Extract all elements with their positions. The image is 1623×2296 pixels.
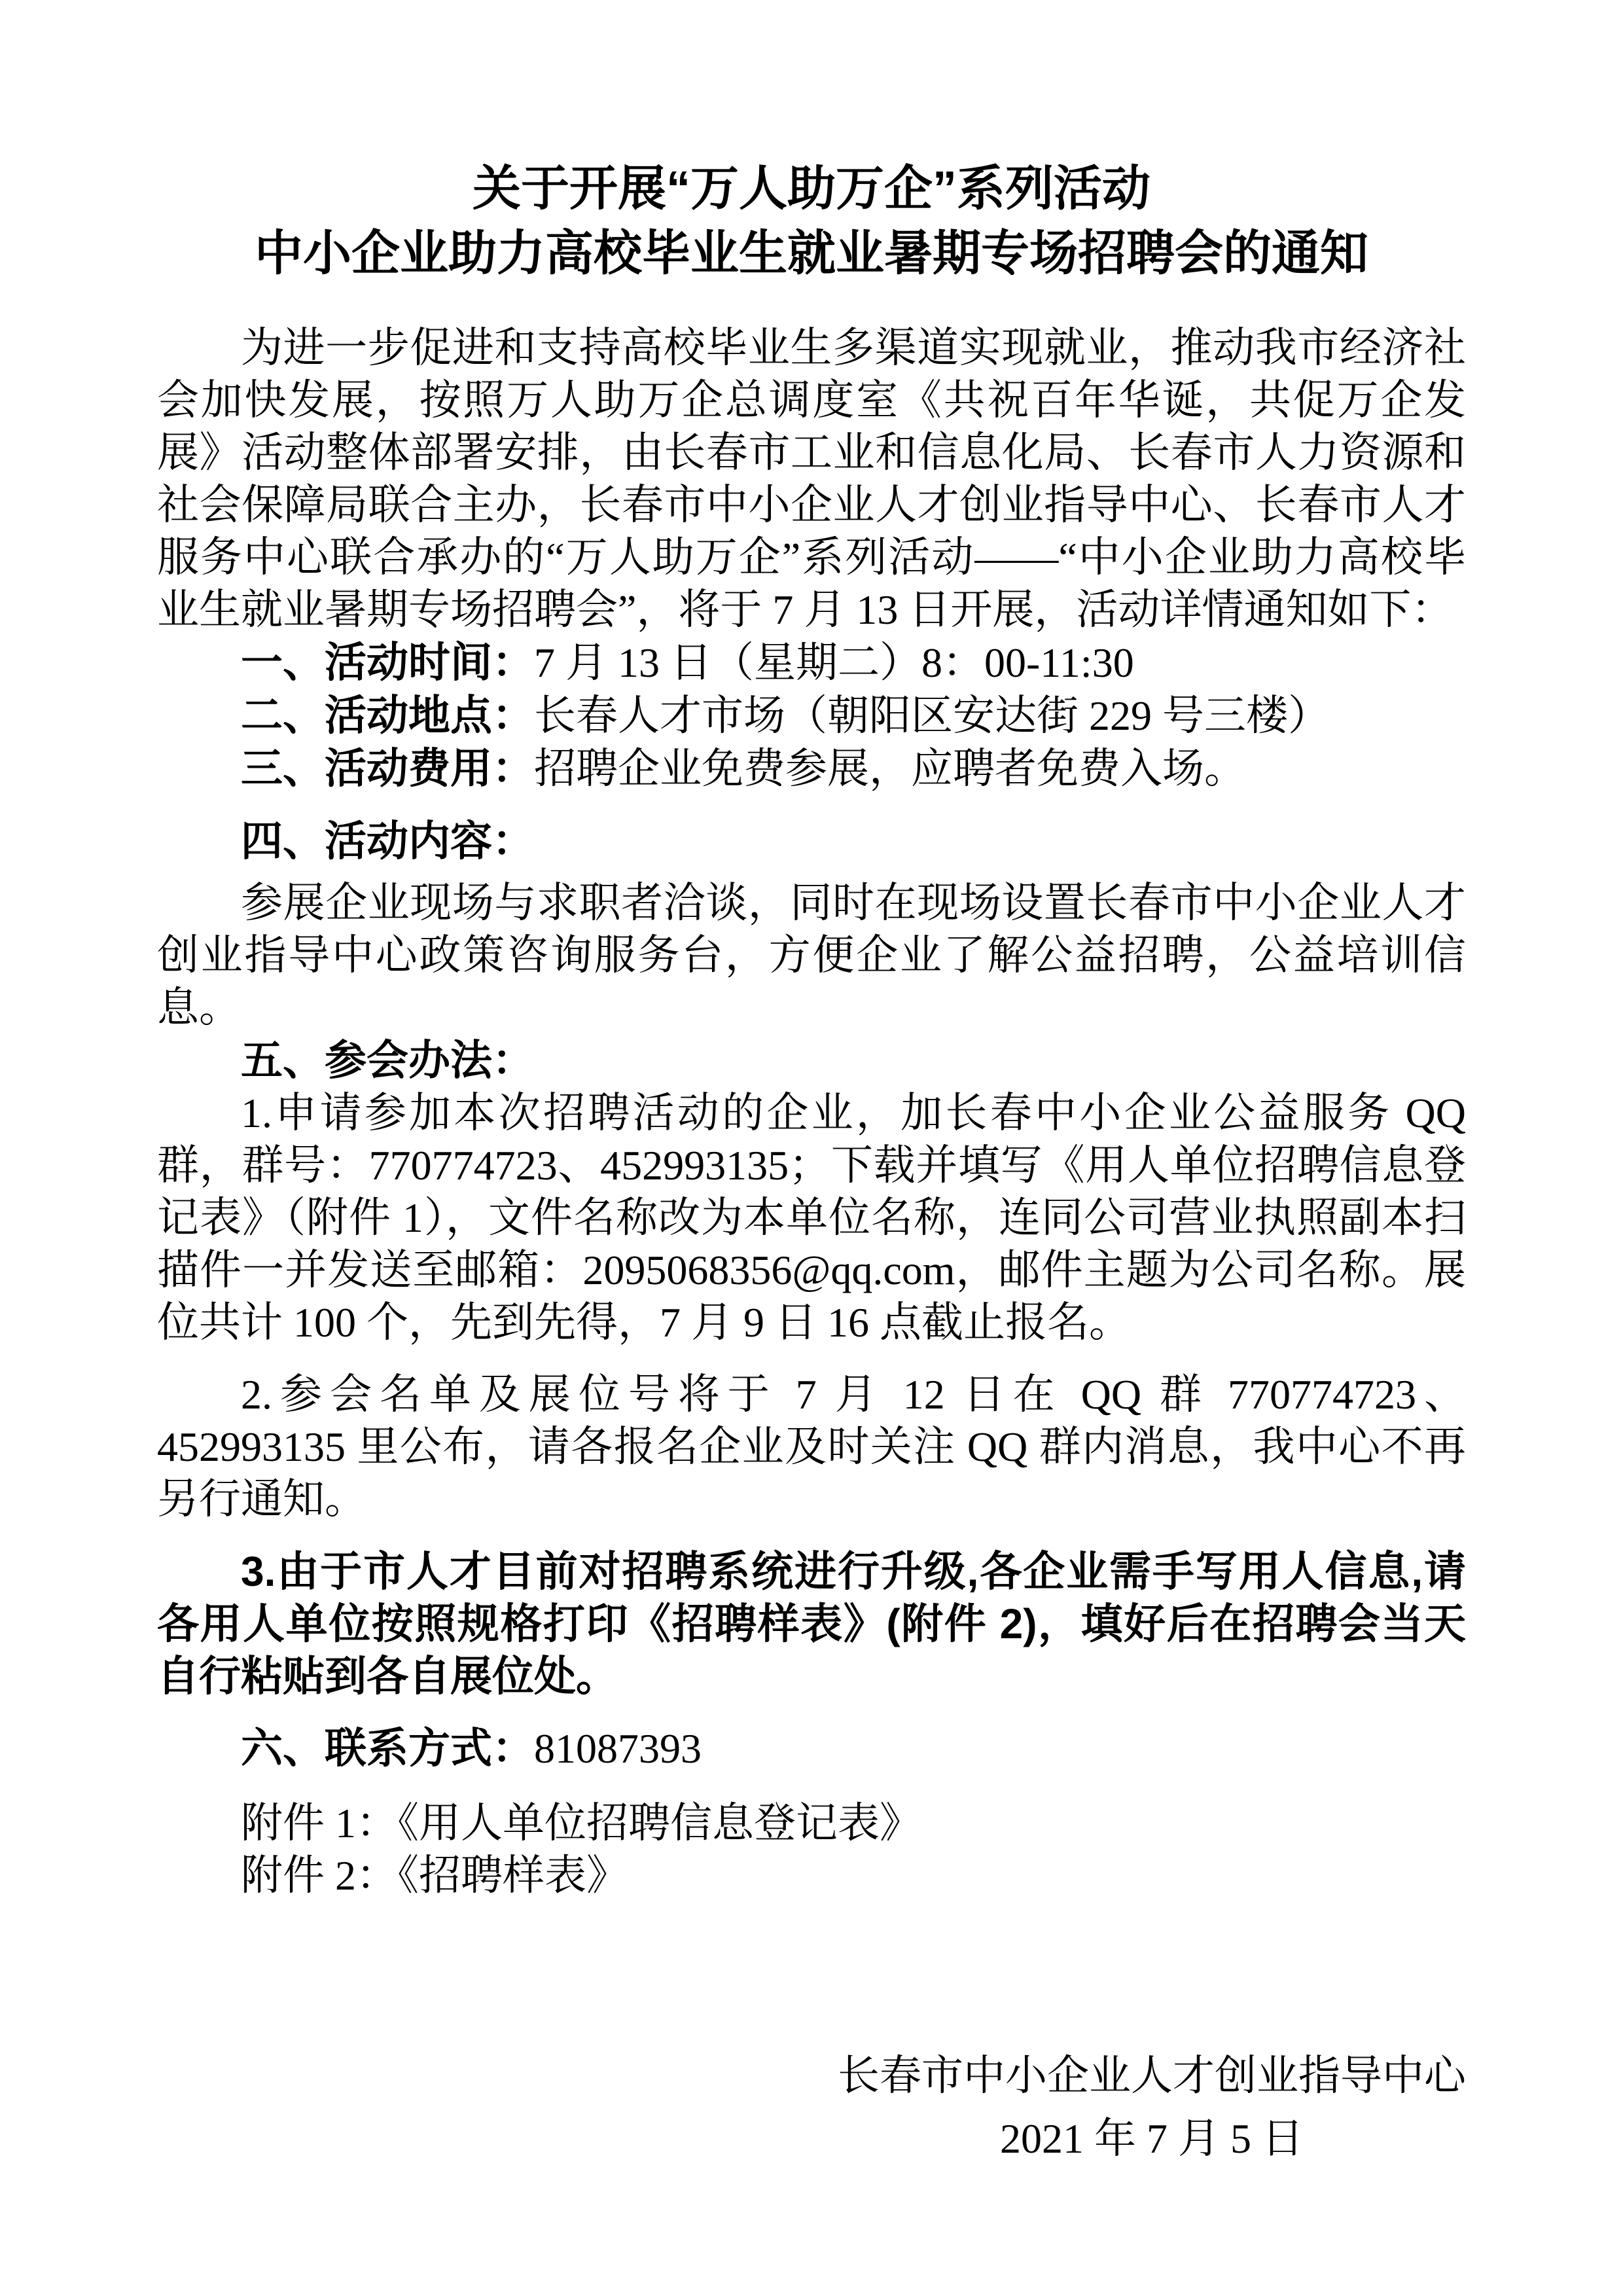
section-place-value: 长春人才市场（朝阳区安达街 229 号三楼） [534,692,1330,739]
section-method-label: 五、参会办法： [241,1037,534,1084]
section-content-heading: 四、活动内容： [157,815,1466,868]
section-fee: 三、活动费用：招聘企业免费参展，应聘者免费入场。 [157,742,1466,795]
signature-block: 长春市中小企业人才创业指导中心 2021 年 7 月 5 日 [157,2045,1466,2170]
section-method-heading: 五、参会办法： [157,1034,1466,1087]
attachment-1: 附件 1：《用人单位招聘信息登记表》 [157,1797,1466,1850]
section-place: 二、活动地点：长春人才市场（朝阳区安达街 229 号三楼） [157,689,1466,742]
section-contact: 六、联系方式：81087393 [157,1722,1466,1775]
method-item-3: 3.由于市人才目前对招聘系统进行升级,各企业需手写用人信息,请各用人单位按照规格… [157,1545,1466,1702]
section-place-label: 二、活动地点： [241,692,534,739]
signature-inner: 长春市中小企业人才创业指导中心 2021 年 7 月 5 日 [838,2045,1466,2170]
section-content-body: 参展企业现场与求职者洽谈，同时在现场设置长春市中小企业人才创业指导中心政策咨询服… [157,877,1466,1034]
document-title: 关于开展“万人助万企”系列活动 中小企业助力高校毕业生就业暑期专场招聘会的通知 [157,156,1466,285]
attachment-1-value: 《用人单位招聘信息登记表》 [398,1800,921,1846]
section-fee-label: 三、活动费用： [241,745,534,792]
signature-org: 长春市中小企业人才创业指导中心 [838,2045,1466,2108]
document-title-line2: 中小企业助力高校毕业生就业暑期专场招聘会的通知 [157,221,1466,285]
document-title-line1: 关于开展“万人助万企”系列活动 [157,156,1466,221]
section-contact-label: 六、联系方式： [241,1725,534,1772]
section-time-label: 一、活动时间： [241,639,534,686]
notice-document: 关于开展“万人助万企”系列活动 中小企业助力高校毕业生就业暑期专场招聘会的通知 … [0,0,1623,2296]
attachment-2-label: 附件 2： [241,1852,398,1899]
attachments-block: 附件 1：《用人单位招聘信息登记表》 附件 2：《招聘样表》 [157,1797,1466,1902]
section-contact-value: 81087393 [534,1725,702,1772]
attachment-2-value: 《招聘样表》 [398,1852,628,1899]
section-time-value: 7 月 13 日（星期二）8：00-11:30 [534,639,1134,686]
section-content-label: 四、活动内容： [241,817,534,865]
signature-date: 2021 年 7 月 5 日 [838,2108,1466,2170]
attachment-1-label: 附件 1： [241,1800,398,1846]
method-item-2: 2.参会名单及展位号将于 7 月 12 日在 QQ 群 770774723、45… [157,1369,1466,1526]
method-item-1: 1.申请参加本次招聘活动的企业，加长春中小企业公益服务 QQ 群，群号：7707… [157,1087,1466,1349]
intro-paragraph: 为进一步促进和支持高校毕业生多渠道实现就业，推动我市经济社会加快发展，按照万人助… [157,322,1466,636]
section-fee-value: 招聘企业免费参展，应聘者免费入场。 [534,745,1246,792]
attachment-2: 附件 2：《招聘样表》 [157,1850,1466,1902]
section-time: 一、活动时间：7 月 13 日（星期二）8：00-11:30 [157,636,1466,689]
